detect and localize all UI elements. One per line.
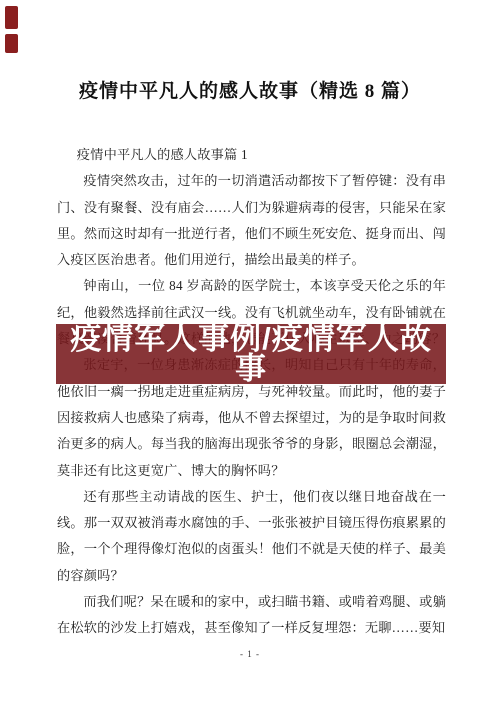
page-number: - 1 - bbox=[0, 649, 500, 659]
document-title: 疫情中平凡人的感人故事（精选 8 篇） bbox=[0, 76, 500, 103]
watermark-text-line1: 疫情军人事例/疫情军人故 bbox=[70, 324, 432, 354]
corner-mark-bottom bbox=[5, 34, 18, 53]
corner-mark-top bbox=[5, 6, 18, 29]
paragraph-1: 疫情突然攻击，过年的一切消遣活动都按下了暂停键：没有串门、没有聚餐、没有庙会……… bbox=[57, 168, 446, 273]
paragraph-5: 而我们呢？呆在暖和的家中，或扫瞄书籍、或啃着鸡腿、或躺在松软的沙发上打嬉戏，甚至… bbox=[57, 589, 446, 642]
watermark-text-line2: 事 bbox=[235, 354, 267, 384]
document-page: 疫情中平凡人的感人故事（精选 8 篇） 疫情中平凡人的感人故事篇 1 疫情突然攻… bbox=[0, 0, 500, 706]
paragraph-4: 还有那些主动请战的医生、护士，他们夜以继日地奋战在一线。那一双双被消毒水腐蚀的手… bbox=[57, 484, 446, 589]
document-body: 疫情中平凡人的感人故事篇 1 疫情突然攻击，过年的一切消遣活动都按下了暂停键：没… bbox=[57, 142, 446, 642]
corner-bookmark-icon bbox=[5, 6, 21, 53]
section-heading: 疫情中平凡人的感人故事篇 1 bbox=[57, 142, 446, 168]
watermark-banner: 疫情军人事例/疫情军人故 事 bbox=[56, 324, 446, 384]
